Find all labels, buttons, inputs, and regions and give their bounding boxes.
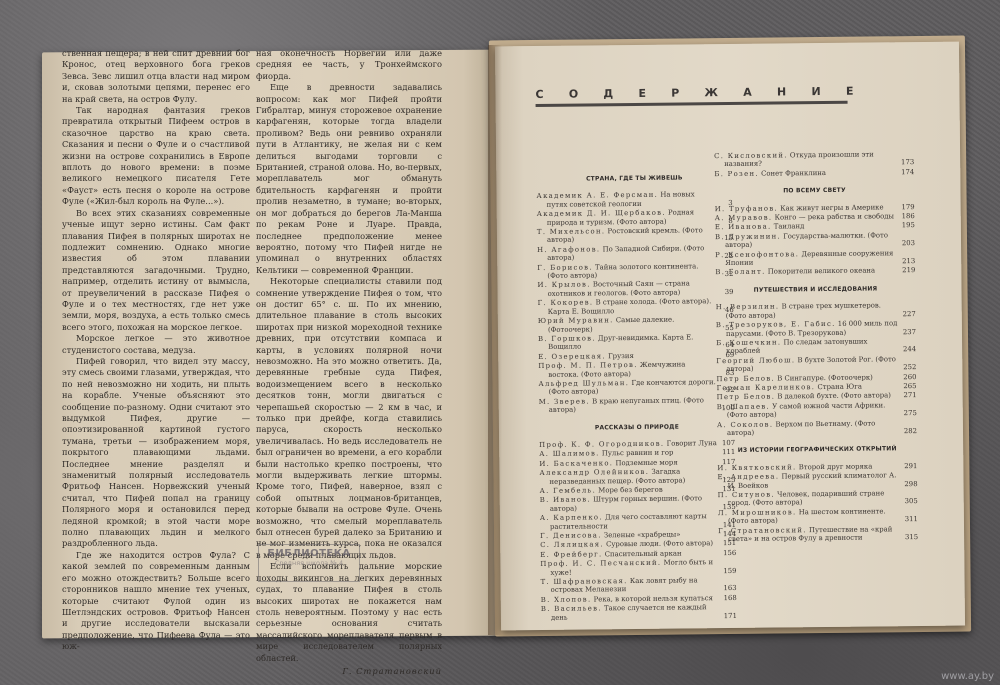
toc-section-heading: ПУТЕШЕСТВИЯ И ИССЛЕДОВАНИЯ — [715, 285, 915, 296]
article-signature: Г. Стратановский — [256, 666, 442, 677]
toc-entry-text: Альфред Шульман. Где кончаются дороги. (… — [538, 378, 716, 397]
toc-entry-page-number: 219 — [897, 267, 915, 276]
toc-entry: Н. Агафонов. По Западной Сибири. (Фото а… — [537, 244, 733, 263]
toc-entry-text: М. Зверев. В краю непуганых птиц. (Фото … — [539, 396, 717, 415]
toc-entry-page-number: 298 — [900, 480, 918, 489]
toc-entry: Т. Шафрановская. Как ловят рыбу на остро… — [541, 576, 737, 595]
toc-entry-title: Как живут негры в Америке — [780, 203, 883, 212]
toc-entry-page-number: 271 — [899, 391, 917, 400]
toc-entry: Альфред Шульман. Где кончаются дороги. (… — [538, 378, 734, 397]
toc-title: С О Д Е Р Ж А Н И Е — [535, 85, 853, 101]
toc-entry-author: И. Труфанов. — [715, 204, 778, 213]
toc-entry: Г. Борисов. Тайна золотого континента. (… — [537, 262, 733, 281]
toc-entry-author: С. Лялицкая. — [540, 541, 604, 550]
toc-entry-text: Академик Д. И. Щербаков. Родная природа … — [537, 208, 715, 227]
toc-title-letter: Д — [603, 87, 613, 100]
toc-entry-author: М. Зверев. — [539, 397, 590, 406]
toc-entry-text: Е. Андреева. Первый русский климатолог А… — [717, 471, 899, 490]
toc-entry-page-number: 315 — [900, 533, 918, 542]
toc-entry-author: Петр Белов. — [717, 393, 776, 402]
toc-entry-author: Т. Михельсон. — [537, 227, 606, 236]
toc-entry-text: Б. Розен. Сонет Франклина — [714, 168, 896, 178]
left-page-text-column-1: ственная пещера; в ней спит древний бог … — [62, 48, 250, 653]
toc-entry-page-number: 244 — [898, 345, 916, 354]
toc-entry-author: Проф. И. С. Песчанский. — [540, 559, 661, 568]
body-paragraph: Во всех этих сказаниях современные учены… — [62, 208, 250, 333]
toc-entry-page-number: 260 — [898, 373, 916, 382]
toc-entry-author: В. Горшков. — [538, 334, 596, 343]
toc-entry-page-number: 186 — [897, 212, 915, 221]
toc-entry-page-number: 174 — [896, 168, 914, 177]
book-spine-shadow — [488, 45, 502, 635]
toc-entry: Б. Кошечкин. По следам затонувших корабл… — [716, 337, 916, 356]
toc-entry-title: Спасительный аркан — [605, 549, 682, 558]
toc-entry-text: Юрий Муравин. Самые далекие. (Фотоочерк) — [538, 315, 716, 334]
toc-entry: Б. Розен. Сонет Франклина174 — [714, 168, 914, 179]
toc-title-letter: С — [535, 88, 543, 101]
toc-entry-page-number: 195 — [897, 221, 915, 230]
toc-entry-page-number: 265 — [898, 382, 916, 391]
toc-entry-author: Е. Иванова. — [715, 223, 772, 232]
stamp-subtitle: Средняя школа № 4 — [259, 559, 359, 567]
stamp-title: БИБЛИОТЕКА — [259, 548, 359, 559]
toc-entry-author: Юрий Муравин. — [538, 316, 614, 325]
toc-entry-title: Суровые люди. (Фото автора) — [606, 540, 713, 549]
toc-entry: Александр Олейников. Загадка неразведанн… — [539, 467, 735, 486]
toc-entry-author: И. Квятковский. — [717, 463, 796, 472]
toc-entry-author: А. Шалимов. — [539, 450, 600, 459]
toc-title-letter: Р — [671, 87, 679, 100]
body-paragraph: Пифей говорил, что видел эту массу, эту … — [62, 356, 250, 550]
toc-entry-page-number: 213 — [897, 257, 915, 266]
toc-entry-author: Е. Озерецкая. — [538, 352, 606, 361]
toc-entry-text: Б. Кошечкин. По следам затонувших корабл… — [716, 337, 898, 356]
toc-section-heading: ИЗ ИСТОРИИ ГЕОГРАФИЧЕСКИХ ОТКРЫТИЙ — [717, 445, 917, 456]
toc-entry: Р. Ксенофонтова. Деревянные сооружения Я… — [715, 249, 915, 268]
toc-entry-text: В. Горшков. Друг-невидимка. Карта Е. Вощ… — [538, 333, 716, 352]
toc-entry-title: Море без берегов — [598, 486, 663, 495]
toc-entry: В. Голант. Покорители великого океана219 — [715, 267, 915, 278]
toc-entry-text: А. Карпенко. Для чего составляют карты р… — [540, 512, 718, 531]
toc-title-letter: А — [743, 86, 752, 99]
toc-entry-page-number: 282 — [899, 427, 917, 436]
toc-entry-author: Альфред Шульман. — [538, 379, 629, 388]
toc-entry-page-number: 163 — [719, 584, 737, 593]
toc-entry-page-number: 168 — [719, 594, 737, 603]
toc-entry-page-number: 173 — [896, 158, 914, 167]
toc-entry-author: В. Иванов. — [540, 496, 591, 505]
body-paragraph: Так народная фантазия греков превратила … — [62, 105, 250, 208]
toc-entry-text: В. Васильев. Такое случается не каждый д… — [541, 603, 719, 622]
toc-entry-author: Б. Розен. — [714, 170, 759, 178]
toc-entry-title: Говорит Луна — [667, 439, 717, 448]
toc-entry-author: В. Васильев. — [541, 605, 602, 614]
toc-entry-title: В Сингапуре. (Фотоочерк) — [777, 373, 873, 382]
body-paragraph: Где же находится остров Фула? С какой зе… — [62, 550, 250, 653]
toc-entry-text: Александр Олейников. Загадка неразведанн… — [539, 467, 717, 486]
toc-entry-text: П. Ситунов. Человек, подаривший стране г… — [718, 489, 900, 508]
toc-entry-text: А. Соколов. Верхом по Вьетнаму. (Фото ав… — [717, 419, 899, 438]
body-paragraph: Морское легкое — это животное студенисто… — [62, 333, 250, 356]
toc-entry-author: А. Гембель. — [540, 486, 597, 495]
toc-entry-author: В. Голант. — [715, 268, 765, 277]
toc-section-heading: ПО ВСЕМУ СВЕТУ — [714, 186, 914, 197]
toc-entry-author: С. Кисловский. — [714, 151, 788, 160]
library-stamp: БИБЛИОТЕКА Средняя школа № 4 — [258, 544, 360, 582]
toc-entry: Г. Кокорев. В стране холода. (Фото автор… — [538, 297, 734, 316]
toc-entry-title: Покорители великого океана — [768, 267, 875, 276]
toc-entry: В. Трезоруков, Е. Габис. 16 000 миль под… — [716, 319, 916, 338]
toc-title-letter: Ж — [704, 86, 718, 99]
toc-entry-text: В. Дружинин. Государства-малютки. (Фото … — [715, 231, 897, 250]
toc-entry-text: В. Голант. Покорители великого океана — [715, 267, 897, 277]
toc-entry-title: Подземные моря — [615, 458, 677, 467]
toc-entry: А. Карпенко. Для чего составляют карты р… — [540, 512, 736, 531]
toc-entry-title: Пульс равнин и гор — [602, 449, 674, 458]
toc-entry-page-number: 227 — [898, 310, 916, 319]
toc-entry: М. Зверев. В краю непуганых птиц. (Фото … — [539, 396, 735, 415]
toc-entry-text: Н. Агафонов. По Западной Сибири. (Фото а… — [537, 244, 715, 263]
toc-entry: И. Крылов. Восточный Саян — страна охотн… — [537, 279, 733, 298]
toc-entry-title: Второй друг моряка — [799, 462, 873, 471]
body-paragraph: Некоторые специалисты ставили под сомнен… — [256, 276, 442, 561]
toc-entry-title: В далекой бухте. (Фото автора) — [777, 392, 891, 401]
toc-entry-text: Г. Стратановский. Путешествие на «край с… — [718, 525, 900, 544]
toc-entry-title: Страна Юга — [817, 383, 862, 391]
toc-title-letter: И — [811, 85, 820, 98]
toc-entry-page-number: 156 — [718, 549, 736, 558]
toc-section-heading: СТРАНА, ГДЕ ТЫ ЖИВЕШЬ — [536, 174, 732, 184]
toc-entry-title: Зеленые «храбрецы» — [604, 531, 681, 540]
toc-entry-text: В. Трезоруков, Е. Габис. 16 000 миль под… — [716, 319, 898, 338]
toc-entry-author: Георгий Любош. — [716, 356, 795, 365]
toc-entry-author: Л. Мирошников. — [718, 508, 797, 517]
toc-entry-title: Конго — река рабства и свободы — [775, 212, 894, 221]
toc-entry: Георгий Любош. В бухте Золотой Рог. (Фот… — [716, 355, 916, 374]
toc-entry-text: Т. Михельсон. Ростовский кремль. (Фото а… — [537, 226, 715, 245]
toc-entry: Л. Мирошников. На шестом континенте. (Фо… — [718, 507, 918, 526]
toc-entry: В. Горшков. Друг-невидимка. Карта Е. Вощ… — [538, 333, 734, 352]
toc-section-heading: РАССКАЗЫ О ПРИРОДЕ — [539, 423, 735, 433]
toc-title-letter: Е — [638, 87, 646, 100]
toc-title-letter: Н — [777, 85, 786, 98]
toc-entry-author: В. Шапаев. — [717, 402, 770, 411]
body-paragraph: ственная пещера; в ней спит древний бог … — [62, 48, 250, 105]
toc-entry-author: Е. Андреева. — [717, 473, 779, 482]
toc-entry-page-number: 171 — [719, 612, 737, 621]
toc-entry-title: Сонет Франклина — [761, 169, 826, 178]
toc-entry-page-number: 291 — [899, 462, 917, 471]
toc-entry: Юрий Муравин. Самые далекие. (Фотоочерк)… — [538, 315, 734, 334]
toc-title-rule — [536, 101, 848, 107]
right-book-page: С О Д Е Р Ж А Н И Е СТРАНА, ГДЕ ТЫ ЖИВЕШ… — [495, 42, 965, 631]
toc-entry-author: Р. Ксенофонтова. — [715, 250, 799, 259]
toc-entry-author: Герман Карелинков. — [717, 383, 816, 392]
toc-entry-author: П. Ситунов. — [718, 491, 775, 500]
toc-entry: Академик А. Е. Ферсман. На новых путях с… — [536, 190, 732, 209]
toc-entry-text: Академик А. Е. Ферсман. На новых путях с… — [536, 191, 714, 210]
toc-entry-text: Т. Шафрановская. Как ловят рыбу на остро… — [541, 576, 719, 595]
toc-entry-page-number: 179 — [897, 203, 915, 212]
toc-entry-text: Г. Кокорев. В стране холода. (Фото автор… — [538, 297, 716, 316]
toc-title-letter: О — [569, 88, 578, 101]
toc-entry-page-number: 305 — [900, 497, 918, 506]
toc-entry-text: С. Кисловский. Откуда произошли эти назв… — [714, 150, 896, 169]
toc-entry-page-number: 275 — [899, 409, 917, 418]
toc-entry-author: Петр Белов. — [716, 374, 775, 383]
toc-entry-author: А. Муравов. — [715, 214, 773, 223]
toc-entry-author: Б. Кошечкин. — [716, 338, 781, 347]
toc-entry-author: Г. Борисов. — [537, 263, 593, 272]
toc-entry-text: Н. Верзилин. В стране трех мушкетеров. (… — [716, 302, 898, 321]
toc-entry-text: Р. Ксенофонтова. Деревянные сооружения Я… — [715, 249, 897, 268]
toc-entry: Н. Верзилин. В стране трех мушкетеров. (… — [716, 301, 916, 320]
toc-column-right: С. Кисловский. Откуда произошли эти назв… — [714, 150, 918, 545]
toc-entry-author: Е. Фрейберг. — [540, 550, 602, 559]
toc-entry-author: Г. Денисова. — [540, 531, 602, 540]
toc-entry: Т. Михельсон. Ростовский кремль. (Фото а… — [537, 226, 733, 245]
toc-entry-text: Л. Мирошников. На шестом континенте. (Фо… — [718, 507, 900, 526]
toc-entry-text: Г. Борисов. Тайна золотого континента. (… — [537, 262, 715, 281]
toc-entry-page-number: 159 — [718, 567, 736, 576]
toc-entry-author: Г. Кокорев. — [538, 299, 594, 308]
toc-title-letter: Е — [846, 85, 854, 98]
toc-entry-author: И. Крылов. — [537, 281, 590, 290]
toc-entry: В. Дружинин. Государства-малютки. (Фото … — [715, 231, 915, 250]
toc-entry-author: А. Карпенко. — [540, 514, 603, 523]
toc-entry-text: В. Иванов. Штурм горных вершин. (Фото ав… — [540, 495, 718, 514]
toc-entry: А. Соколов. Верхом по Вьетнаму. (Фото ав… — [717, 419, 917, 438]
toc-entry: Академик Д. И. Щербаков. Родная природа … — [537, 208, 733, 227]
toc-entry: Е. Андреева. Первый русский климатолог А… — [717, 471, 917, 490]
toc-entry-title: Грузия — [608, 352, 634, 360]
toc-entry-author: А. Соколов. — [717, 420, 773, 429]
toc-entry: С. Кисловский. Откуда произошли эти назв… — [714, 150, 914, 169]
site-watermark: www.ay.by — [941, 671, 994, 682]
toc-entry-page-number: 203 — [897, 239, 915, 248]
toc-entry-author: Н. Агафонов. — [537, 245, 600, 254]
toc-entry: Проф. И. С. Песчанский. Могло быть и хуж… — [540, 558, 736, 577]
toc-entry-title: Река, в которой нельзя купаться — [594, 594, 713, 603]
toc-entry-page-number: 252 — [898, 363, 916, 372]
toc-entry: В. Васильев. Такое случается не каждый д… — [541, 603, 737, 622]
body-paragraph: Еще в древности задавались вопросом: как… — [256, 82, 442, 276]
toc-entry-text: Георгий Любош. В бухте Золотой Рог. (Фот… — [716, 355, 898, 374]
toc-entry: В. Иванов. Штурм горных вершин. (Фото ав… — [540, 494, 736, 513]
left-page-text-column-2: ная оконечность Норвегии или даже средня… — [256, 48, 442, 677]
toc-entry-text: В. Шапаев. У самой южной части Африки. (… — [717, 401, 899, 420]
toc-entry: Проф. М. П. Петров. Жемчужина востока. (… — [538, 360, 734, 379]
toc-entry-title: Таиланд — [774, 223, 805, 231]
body-paragraph: ная оконечность Норвегии или даже средня… — [256, 48, 442, 82]
toc-entry-page-number: 311 — [900, 515, 918, 524]
toc-column-left: СТРАНА, ГДЕ ТЫ ЖИВЕШЬАкадемик А. Е. Ферс… — [536, 164, 737, 623]
toc-entry: П. Ситунов. Человек, подаривший стране г… — [718, 489, 918, 508]
toc-entry: В. Шапаев. У самой южной части Африки. (… — [717, 401, 917, 420]
toc-entry-text: Проф. М. П. Петров. Жемчужина востока. (… — [538, 360, 716, 379]
toc-entry-page-number: 237 — [898, 328, 916, 337]
toc-entry: Г. Стратановский. Путешествие на «край с… — [718, 525, 918, 544]
toc-entry-author: В. Хлопов. — [541, 595, 592, 604]
toc-entry-text: И. Крылов. Восточный Саян — страна охотн… — [537, 280, 715, 299]
toc-entry-author: Н. Верзилин. — [716, 303, 780, 312]
toc-entry-author: И. Баскаченко. — [539, 459, 613, 468]
toc-entry-author: Проф. К. Ф. Огородников. — [539, 440, 664, 449]
toc-entry-author: В. Дружинин. — [715, 232, 781, 241]
toc-entry-text: Проф. И. С. Песчанский. Могло быть и хуж… — [540, 558, 718, 577]
